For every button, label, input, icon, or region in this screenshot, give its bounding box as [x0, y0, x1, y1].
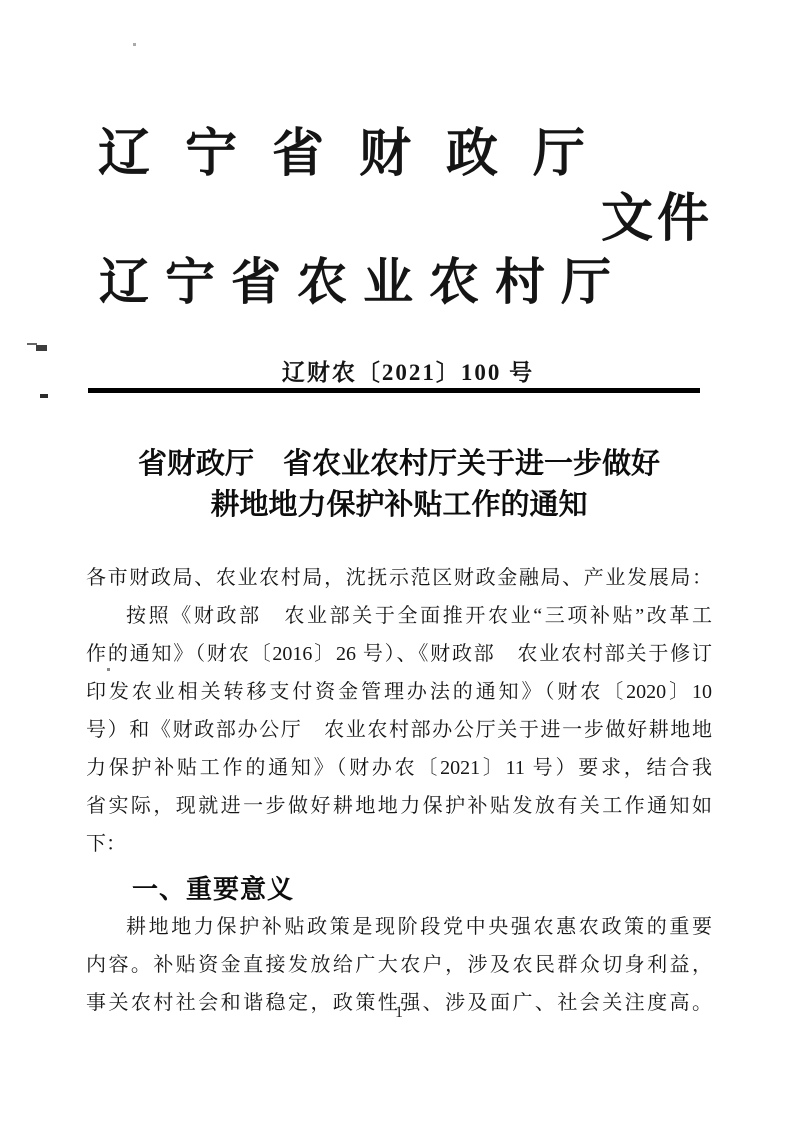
document-number: 辽财农〔2021〕100 号	[95, 354, 721, 387]
scan-speck	[36, 345, 47, 351]
paragraph-line: 作的通知》（财农〔2016〕26 号）、《财政部 农业农村部关于修订	[86, 635, 712, 673]
paragraph-line: 印发农业相关转移支付资金管理办法的通知》（财农〔2020〕10	[86, 673, 712, 711]
section-heading: 一、重要意义	[86, 870, 712, 908]
paragraph-line: 内容。补贴资金直接发放给广大农户，涉及农民群众切身利益，	[86, 946, 712, 984]
agency-name-finance-dept: 辽宁省财政厅	[98, 129, 620, 181]
agency-name-agriculture-dept: 辽宁省农业农村厅	[99, 257, 627, 307]
paragraph-line: 按照《财政部 农业部关于全面推开农业“三项补贴”改革工	[86, 597, 712, 635]
document-body: 各市财政局、农业农村局，沈抚示范区财政金融局、产业发展局： 按照《财政部 农业部…	[86, 559, 712, 1022]
document-title-line1: 省财政厅 省农业农村厅关于进一步做好	[86, 444, 712, 485]
document-page: 辽宁省财政厅 文件 辽宁省农业农村厅 辽财农〔2021〕100 号 省财政厅 省…	[0, 0, 793, 1125]
document-title-line2: 耕地地力保护补贴工作的通知	[86, 485, 712, 526]
page-number: 1	[86, 1004, 712, 1022]
paragraph-line: 耕地地力保护补贴政策是现阶段党中央强农惠农政策的重要	[86, 908, 712, 946]
scan-speck	[133, 43, 136, 46]
header-separator-rule	[88, 388, 700, 393]
document-type-label: 文件	[601, 194, 713, 246]
document-title: 省财政厅 省农业农村厅关于进一步做好 耕地地力保护补贴工作的通知	[86, 444, 712, 526]
paragraph-line: 号）和《财政部办公厅 农业农村部办公厅关于进一步做好耕地地	[86, 711, 712, 749]
salutation-line: 各市财政局、农业农村局，沈抚示范区财政金融局、产业发展局：	[86, 559, 712, 597]
paragraph-line: 力保护补贴工作的通知》（财办农〔2021〕11 号）要求，结合我	[86, 749, 712, 787]
paragraph-line: 省实际，现就进一步做好耕地地力保护补贴发放有关工作通知如	[86, 787, 712, 825]
paragraph-line: 下：	[86, 825, 712, 863]
scan-speck	[40, 394, 48, 398]
